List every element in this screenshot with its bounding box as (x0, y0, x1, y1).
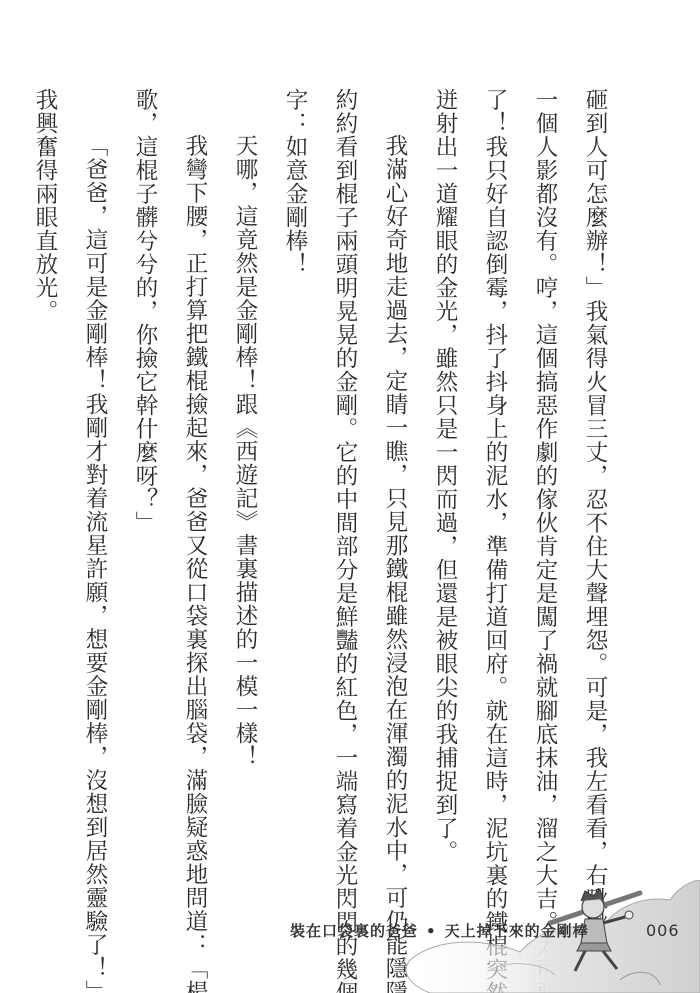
book-title: 裝在口袋裏的爸爸 (290, 922, 418, 940)
text-column: 約約看到棍子兩頭明晃晃的金剛。它的中間部分是鮮豔的紅色，一端寫着金光閃閃的幾個 (320, 88, 370, 888)
text-column: 「爸爸，這可是金剛棒！我剛才對着流星許願，想要金剛棒，沒想到居然靈驗了！」 (70, 88, 120, 888)
text-column: 迸射出一道耀眼的金光，雖然只是一閃而過，但還是被眼尖的我捕捉到了。 (420, 88, 470, 888)
text-column: 砸到人可怎麼辦！」我氣得火冒三丈，忍不住大聲埋怨。可是，我左看看，右瞅瞅，周圍 (570, 88, 620, 888)
text-column: 了！我只好自認倒霉，抖了抖身上的泥水，準備打道回府。就在這時，泥坑裏的鐵棍突然 (470, 88, 520, 888)
text-column: 歌，這棍子髒兮兮的，你撿它幹什麼呀？」 (120, 88, 170, 888)
text-column: 天哪，這竟然是金剛棒！跟《西遊記》書裏描述的一模一樣！ (220, 88, 270, 888)
running-header: 裝在口袋裏的爸爸•天上掉下來的金剛棒 (290, 920, 589, 941)
title-separator: • (426, 922, 437, 940)
chapter-title: 天上掉下來的金剛棒 (445, 922, 589, 940)
text-column: 一個人影都沒有。哼，這個搞惡作劇的傢伙肯定是闖了禍就腳底抹油，溜之大吉。太可惡 (520, 88, 570, 888)
text-column: 我興奮得兩眼直放光。 (20, 88, 70, 888)
page-number: 006 (646, 921, 680, 940)
page-footer: 裝在口袋裏的爸爸•天上掉下來的金剛棒 006 (0, 880, 700, 993)
text-column: 我彎下腰，正打算把鐵棍撿起來，爸爸又從口袋裏探出腦袋，滿臉疑惑地問道：「楊 (170, 88, 220, 888)
text-column: 我滿心好奇地走過去，定睛一瞧，只見那鐵棍雖然浸泡在渾濁的泥水中，可仍能隱隱 (370, 88, 420, 888)
text-column: 字：如意金剛棒！ (270, 88, 320, 888)
body-text: 砸到人可怎麼辦！」我氣得火冒三丈，忍不住大聲埋怨。可是，我左看看，右瞅瞅，周圍 … (20, 88, 620, 888)
